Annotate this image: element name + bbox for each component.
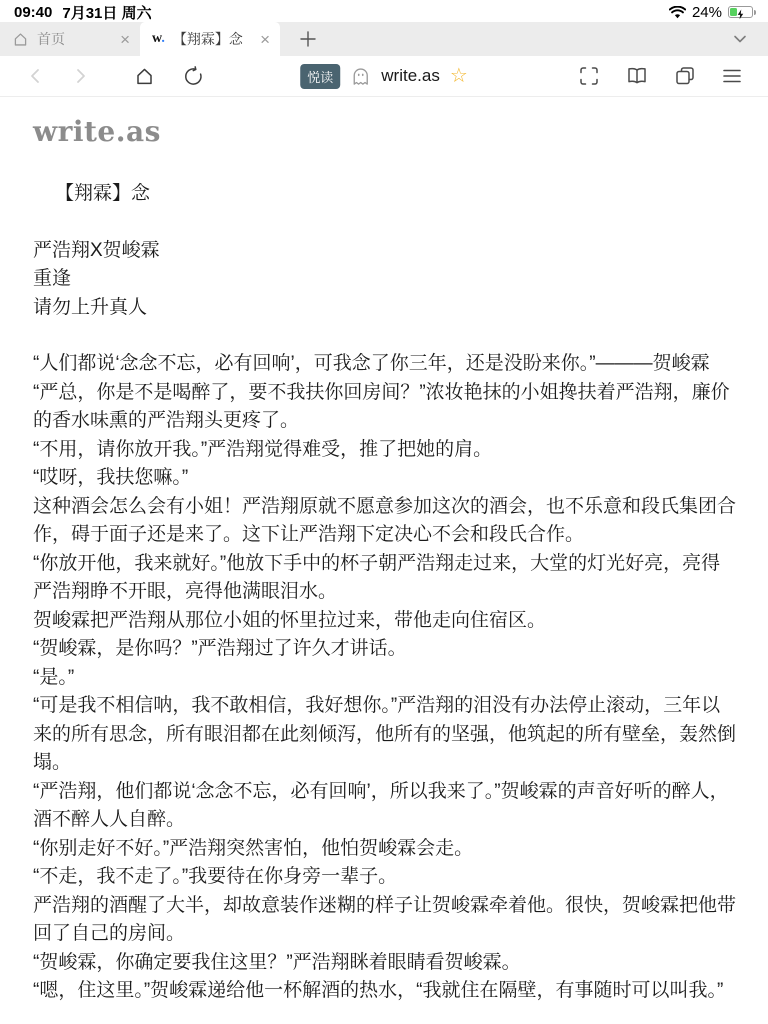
- tab-home[interactable]: 首页 ×: [0, 22, 140, 56]
- url-text[interactable]: write.as: [381, 66, 440, 86]
- meta-line: 严浩翔X贺峻霖: [33, 237, 738, 266]
- battery-charging-icon: [728, 6, 756, 18]
- chevron-down-icon[interactable]: [730, 29, 750, 49]
- paragraph: “你别走好不好。”严浩翔突然害怕，他怕贺峻霖会走。: [33, 835, 738, 864]
- paragraph: “贺峻霖，是你吗？”严浩翔过了许久才讲话。: [33, 635, 738, 664]
- paragraph: 贺峻霖把严浩翔从那位小姐的怀里拉过来，带他走向住宿区。: [33, 607, 738, 636]
- new-tab-button[interactable]: [298, 29, 318, 49]
- status-bar: 09:40 7月31日 周六 24%: [0, 0, 768, 22]
- back-button[interactable]: [26, 66, 44, 86]
- paragraph: “严浩翔，他们都说‘念念不忘，必有回响’，所以我来了。”贺峻霖的声音好听的醉人，…: [33, 778, 738, 835]
- browser-toolbar: 悦读 write.as ☆: [0, 56, 768, 97]
- tab-home-label: 首页: [37, 29, 65, 49]
- paragraph: 这种酒会怎么会有小姐！严浩翔原就不愿意参加这次的酒会，也不乐意和段氏集团合作，碍…: [33, 493, 738, 550]
- battery-percent: 24%: [692, 4, 722, 21]
- paragraph: “不走，我不走了。”我要待在你身旁一辈子。: [33, 863, 738, 892]
- wifi-icon: [669, 6, 686, 19]
- writeas-favicon: w.: [152, 31, 165, 47]
- home-button[interactable]: [134, 66, 155, 87]
- article-epigraph: “人们都说‘念念不忘，必有回响’，可我念了你三年，还是没盼来你。”———贺峻霖: [33, 350, 738, 379]
- writeas-ghost-icon: [350, 66, 371, 87]
- meta-line: 重逢: [33, 265, 738, 294]
- tab-article-label: 【翔霖】念: [173, 29, 243, 49]
- paragraph: “你放开他，我来就好。”他放下手中的杯子朝严浩翔走过来，大堂的灯光好亮，亮得严浩…: [33, 550, 738, 607]
- paragraph: “是。”: [33, 664, 738, 693]
- web-page-content: write.as 【翔霖】念 严浩翔X贺峻霖重逢请勿上升真人 “人们都说‘念念不…: [0, 97, 768, 1006]
- article-paragraphs: “严总，你是不是喝醉了，要不我扶你回房间？”浓妆艳抹的小姐搀扶着严浩翔，廉价的香…: [33, 379, 738, 1006]
- paragraph: 严浩翔的酒醒了大半，却故意装作迷糊的样子让贺峻霖牵着他。很快，贺峻霖把他带回了自…: [33, 892, 738, 949]
- meta-line: 请勿上升真人: [33, 294, 738, 323]
- article-title: 【翔霖】念: [33, 180, 738, 209]
- date: 7月31日 周六: [62, 2, 151, 23]
- scan-fullscreen-icon[interactable]: [579, 66, 599, 86]
- reader-mode-badge[interactable]: 悦读: [300, 64, 340, 89]
- address-bar[interactable]: 悦读 write.as ☆: [300, 64, 468, 89]
- paragraph: “严总，你是不是喝醉了，要不我扶你回房间？”浓妆艳抹的小姐搀扶着严浩翔，廉价的香…: [33, 379, 738, 436]
- paragraph: “嗯，住这里。”贺峻霖递给他一杯解酒的热水，“我就住在隔壁，有事随时可以叫我。”: [33, 977, 738, 1006]
- tab-article-close-icon[interactable]: ×: [260, 31, 270, 48]
- tab-bar: 首页 × w. 【翔霖】念 ×: [0, 22, 768, 56]
- menu-icon[interactable]: [722, 68, 742, 84]
- paragraph: “贺峻霖，你确定要我住这里？”严浩翔眯着眼睛看贺峻霖。: [33, 949, 738, 978]
- home-tab-icon: [12, 31, 29, 48]
- article-meta: 严浩翔X贺峻霖重逢请勿上升真人: [33, 237, 738, 323]
- tabs-windows-icon[interactable]: [675, 66, 695, 86]
- reload-button[interactable]: [183, 66, 204, 87]
- article-body: 【翔霖】念 严浩翔X贺峻霖重逢请勿上升真人 “人们都说‘念念不忘，必有回响’，可…: [33, 180, 738, 1006]
- tab-article[interactable]: w. 【翔霖】念 ×: [140, 22, 280, 56]
- reading-mode-book-icon[interactable]: [626, 66, 648, 86]
- paragraph: “可是我不相信呐，我不敢相信，我好想你。”严浩翔的泪没有办法停止滚动，三年以来的…: [33, 692, 738, 778]
- paragraph: “哎呀，我扶您嘛。”: [33, 464, 738, 493]
- forward-button[interactable]: [72, 66, 90, 86]
- writeas-logo[interactable]: write.as: [33, 115, 738, 148]
- bookmark-star-icon[interactable]: ☆: [450, 66, 468, 86]
- clock: 09:40: [14, 4, 52, 21]
- paragraph: “不用，请你放开我。”严浩翔觉得难受，推了把她的肩。: [33, 436, 738, 465]
- tab-home-close-icon[interactable]: ×: [120, 31, 130, 48]
